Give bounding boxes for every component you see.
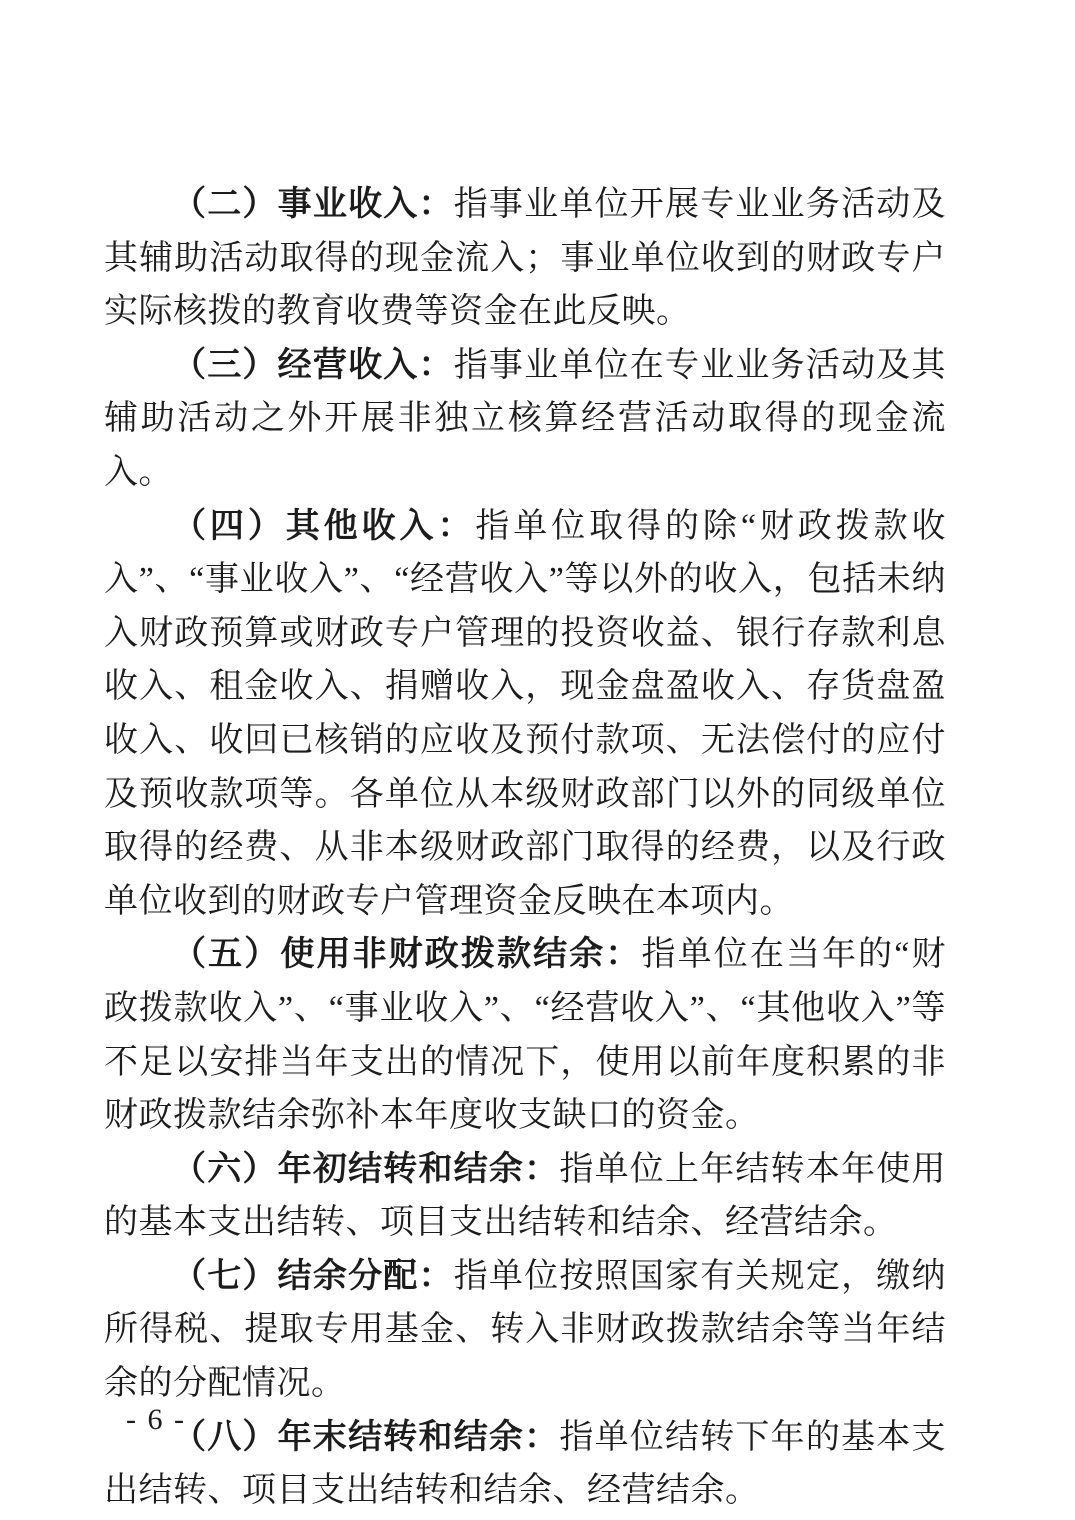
term-label: （二）事业收入： [172,186,454,223]
document-body: （二）事业收入：指事业单位开展专业业务活动及其辅助活动取得的现金流入；事业单位收… [104,178,946,1518]
term-label: （五）使用非财政拨款结余： [172,936,642,973]
term-label: （六）年初结转和结余： [172,1151,559,1188]
page-number: - 6 - [126,1402,186,1438]
definition-paragraph: （七）结余分配：指单位按照国家有关规定，缴纳所得税、提取专用基金、转入非财政拨款… [104,1250,946,1411]
definition-paragraph: （二）事业收入：指事业单位开展专业业务活动及其辅助活动取得的现金流入；事业单位收… [104,178,946,339]
definition-paragraph: （六）年初结转和结余：指单位上年结转本年使用的基本支出结转、项目支出结转和结余、… [104,1143,946,1250]
definition-paragraph: （五）使用非财政拨款结余：指单位在当年的“财政拨款收入”、“事业收入”、“经营收… [104,928,946,1142]
term-label: （七）结余分配： [172,1258,454,1295]
document-page: （二）事业收入：指事业单位开展专业业务活动及其辅助活动取得的现金流入；事业单位收… [0,0,1075,1520]
definition-paragraph: （八）年末结转和结余：指单位结转下年的基本支出结转、项目支出结转和结余、经营结余… [104,1411,946,1518]
term-label: （八）年末结转和结余： [172,1419,559,1456]
definition-paragraph: （四）其他收入：指单位取得的除“财政拨款收入”、“事业收入”、“经营收入”等以外… [104,500,946,929]
definition-paragraph: （三）经营收入：指事业单位在专业业务活动及其辅助活动之外开展非独立核算经营活动取… [104,339,946,500]
term-label: （四）其他收入： [172,508,475,545]
term-label: （三）经营收入： [172,347,454,384]
term-definition: 指单位取得的除“财政拨款收入”、“事业收入”、“经营收入”等以外的收入，包括未纳… [104,508,946,920]
